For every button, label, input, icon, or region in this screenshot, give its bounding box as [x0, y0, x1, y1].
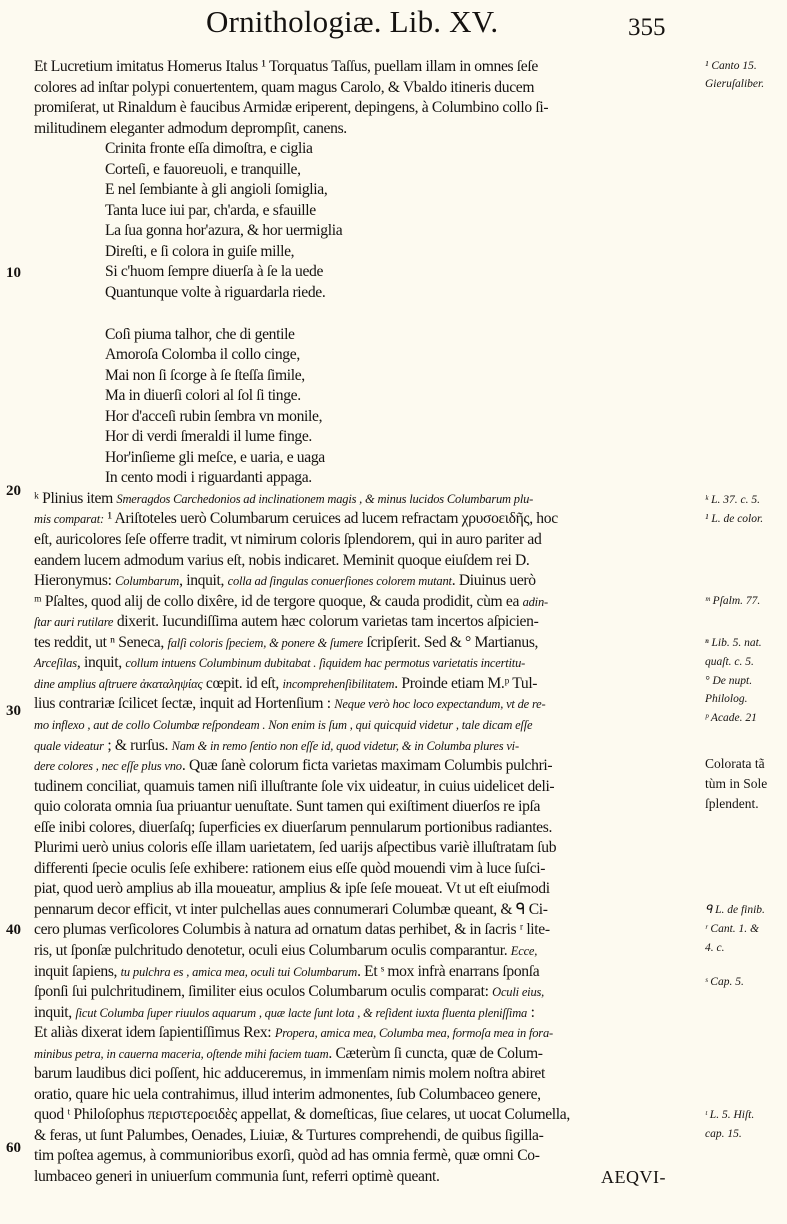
text-line: eſſe inibi colores, diuerſaſq; ſuperfici… [34, 818, 694, 839]
text-line: eandem lucem admodum varius eſt, nobis i… [34, 551, 694, 572]
roman-text: lius contrariæ ſcilicet ſectæ, inquit ad… [34, 695, 334, 712]
verse-line: Quantunque volte à riguardarla riede. [34, 283, 694, 304]
roman-text: dixerit. Iucundiſſima autem hæc colorum … [113, 613, 538, 630]
roman-text: tudinem conciliat, quamuis tamen niſi il… [34, 778, 554, 795]
roman-text: . Et ˢ mox infrà enarrans ſponſa [357, 963, 539, 980]
italic-quotation: falſi coloris ſpeciem, & ponere & ſumere [167, 636, 363, 650]
italic-quotation: colla ad ſingulas conuerſiones colorem m… [228, 574, 452, 588]
margin-note: ° De nupt. [705, 674, 752, 688]
italic-quotation: collum intuens Columbinum dubitabat . ſi… [125, 656, 525, 670]
margin-note: Colorata tã [705, 757, 765, 771]
roman-text: & feras, ut ſunt Palumbes, Oenades, Liui… [34, 1127, 543, 1144]
verse-line: Si c'huom ſempre diuerſa à ſe la uede [34, 262, 694, 283]
roman-text: cœpit. id eſt, [202, 675, 282, 692]
roman-text: inquit, [34, 1004, 75, 1021]
text-line: ᵏ Plinius item Smeragdos Carchedonios ad… [34, 489, 694, 510]
roman-text: ſcripſerit. Sed & ° Martianus, [363, 634, 538, 651]
margin-note: ⁿ Lib. 5. nat. [705, 636, 762, 650]
margin-note: ᵖ Acade. 21 [705, 711, 757, 725]
margin-note: Philolog. [705, 692, 748, 706]
text-line: Plurimi uerò unius coloris eſſe illam ua… [34, 838, 694, 859]
text-line: inquit, ſicut Columba ſuper riuulos aqua… [34, 1003, 694, 1024]
margin-note: quaſt. c. 5. [705, 655, 754, 669]
text-line: Et aliàs dixerat idem ſapientiſſimus Rex… [34, 1023, 694, 1044]
verse-line: E nel ſembiante à gli angioli ſomiglia, [34, 180, 694, 201]
italic-quotation: Nam & in remo ſentio non eſſe id, quod v… [172, 739, 519, 753]
roman-text: ris, ut ſponſæ pulchritudo denotetur, oc… [34, 942, 511, 959]
italic-quotation: mis comparat: [34, 512, 104, 526]
margin-note: ᵏ L. 37. c. 5. [705, 493, 760, 507]
text-line: promiſerat, ut Rinaldum è faucibus Armid… [34, 98, 694, 119]
italic-quotation: tu pulchra es , amica mea, oculi tui Col… [121, 965, 357, 979]
verse-stanza-1: Crinita fronte eſſa dimoſtra, e ciglia C… [34, 139, 694, 303]
text-line: ris, ut ſponſæ pulchritudo denotetur, oc… [34, 941, 694, 962]
roman-text: eſt, auricolores ſeſe offerre tradit, vt… [34, 531, 541, 548]
line-number: 40 [6, 922, 21, 939]
roman-text: cero plumas verſicolores Columbis à natu… [34, 921, 550, 938]
verse-stanza-2: Coſì piuma talhor, che di gentile Amoroſ… [34, 325, 694, 489]
text-line: inquit ſapiens, tu pulchra es , amica me… [34, 962, 694, 983]
catchword: AEQVI- [601, 1167, 666, 1188]
verse-line: Hor'inſieme gli meſce, e uaria, e uaga [34, 448, 694, 469]
text-line: quio colorata omnia ſua priuantur uenuſt… [34, 797, 694, 818]
italic-quotation: dine amplius aſtruere ἀκαταληψίας [34, 677, 202, 691]
margin-note: ᵗ L. 5. Hiſt. [705, 1108, 754, 1122]
text-line: piat, quod uerò amplius ab illa moueatur… [34, 879, 694, 900]
italic-quotation: Oculi eius, [492, 985, 544, 999]
roman-text: piat, quod uerò amplius ab illa moueatur… [34, 880, 550, 897]
roman-text: Et aliàs dixerat idem ſapientiſſimus Rex… [34, 1024, 275, 1041]
italic-quotation: incomprehenſibilitatem [283, 677, 395, 691]
italic-quotation: Smeragdos Carchedonios ad inclinationem … [116, 492, 533, 506]
roman-text: . Proinde etiam M.ᵖ Tul- [394, 675, 537, 692]
text-line: lius contrariæ ſcilicet ſectæ, inquit ad… [34, 694, 694, 715]
page-number: 355 [628, 14, 666, 42]
roman-text: ᵐ Pſaltes, quod alij de collo dixêre, id… [34, 593, 523, 610]
roman-text: pennarum decor efficit, vt inter pulchel… [34, 901, 548, 918]
italic-quotation: Neque verò hoc loco expectandum, vt de r… [334, 697, 545, 711]
roman-text: ſponſi ſui pulchritudinem, ſimiliter eiu… [34, 983, 492, 1000]
margin-note: ᵐ Pſalm. 77. [705, 594, 760, 608]
italic-quotation: Ecce, [511, 944, 537, 958]
line-number: 20 [6, 483, 21, 500]
italic-quotation: adin- [523, 595, 548, 609]
italic-quotation: dere colores , nec eſſe plus vno [34, 759, 182, 773]
roman-text: , inquit, [179, 572, 227, 589]
text-line: dere colores , nec eſſe plus vno. Quæ ſa… [34, 756, 694, 777]
roman-text: lumbaceo generi in uniuerſum communia ſu… [34, 1168, 440, 1185]
roman-text: oratio, quare hic uela contrahimus, illu… [34, 1086, 541, 1103]
roman-text: Hieronymus: [34, 572, 115, 589]
verse-line: Crinita fronte eſſa dimoſtra, e ciglia [34, 139, 694, 160]
italic-quotation: Arceſilas [34, 656, 77, 670]
text-line: quale videatur ; & rurſus. Nam & in remo… [34, 736, 694, 757]
italic-quotation: mo inflexo , aut de collo Columbæ reſpon… [34, 718, 532, 732]
margin-note: ſplendent. [705, 797, 759, 811]
text-line: tudinem conciliat, quamuis tamen niſi il… [34, 777, 694, 798]
text-line: Et Lucretium imitatus Homerus Italus ¹ T… [34, 57, 694, 78]
margin-note: ᑫ L. de finib. [705, 903, 765, 917]
roman-text: tim poſtea agemus, à communioribus exorſ… [34, 1147, 540, 1164]
text-line: ᵐ Pſaltes, quod alij de collo dixêre, id… [34, 592, 694, 613]
margin-note: cap. 15. [705, 1127, 742, 1141]
margin-note: ʳ Cant. 1. & [705, 922, 759, 936]
italic-quotation: quale videatur [34, 739, 104, 753]
main-text-block: Et Lucretium imitatus Homerus Italus ¹ T… [34, 57, 694, 1188]
verse-line: La ſua gonna hor'azura, & hor uermiglia [34, 221, 694, 242]
roman-text: : [527, 1004, 535, 1021]
roman-text: eandem lucem admodum varius eſt, nobis i… [34, 552, 529, 569]
roman-text: ¹ Ariſtoteles uerò Columbarum ceruices a… [104, 510, 558, 527]
roman-text: Plurimi uerò unius coloris eſſe illam ua… [34, 839, 556, 856]
italic-quotation: minibus petra, in cauerna maceria, oſten… [34, 1047, 328, 1061]
roman-text: , inquit, [77, 654, 125, 671]
roman-text: quod ᵗ Philoſophus περιστεροειδὲς appell… [34, 1106, 570, 1123]
margin-note: ¹ Canto 15. [705, 59, 757, 73]
verse-line: Tanta luce iui par, ch'arda, e sfauille [34, 201, 694, 222]
line-number: 10 [6, 265, 21, 282]
margin-note: ¹ L. de color. [705, 512, 763, 526]
roman-text: . Quæ ſanè colorum ficta varietas maxima… [182, 757, 552, 774]
margin-note: Gieruſaliber. [705, 77, 764, 91]
verse-line: Corteſi, e fauoreuoli, e tranquille, [34, 160, 694, 181]
text-line: oratio, quare hic uela contrahimus, illu… [34, 1085, 694, 1106]
text-line: pennarum decor efficit, vt inter pulchel… [34, 900, 694, 921]
roman-text: . Cæterùm ſi cuncta, quæ de Colum- [328, 1045, 542, 1062]
text-line: minibus petra, in cauerna maceria, oſten… [34, 1044, 694, 1065]
text-line: lumbaceo generi in uniuerſum communia ſu… [34, 1167, 694, 1188]
roman-text: inquit ſapiens, [34, 963, 121, 980]
text-line: militudinem eleganter admodum deprompſit… [34, 119, 694, 140]
text-line: quod ᵗ Philoſophus περιστεροειδὲς appell… [34, 1105, 694, 1126]
verse-line: Hor di verdi ſmeraldi il lume finge. [34, 427, 694, 448]
verse-line: In cento modi i riguardanti appaga. [34, 468, 694, 489]
line-number: 60 [6, 1140, 21, 1157]
text-line: eſt, auricolores ſeſe offerre tradit, vt… [34, 530, 694, 551]
text-line: cero plumas verſicolores Columbis à natu… [34, 920, 694, 941]
text-line: tim poſtea agemus, à communioribus exorſ… [34, 1146, 694, 1167]
text-line: mis comparat: ¹ Ariſtoteles uerò Columba… [34, 509, 694, 530]
verse-line: Ma in diuerſi colori al ſol ſi tinge. [34, 386, 694, 407]
italic-quotation: ſicut Columba ſuper riuulos aquarum , qu… [75, 1006, 527, 1020]
roman-text: ; & rurſus. [104, 737, 172, 754]
text-line: dine amplius aſtruere ἀκαταληψίας cœpit.… [34, 674, 694, 695]
running-head: Ornithologiæ. Lib. XV. [206, 4, 498, 40]
margin-note: ˢ Cap. 5. [705, 975, 744, 989]
text-line: mo inflexo , aut de collo Columbæ reſpon… [34, 715, 694, 736]
line-number: 30 [6, 703, 21, 720]
roman-text: eſſe inibi colores, diuerſaſq; ſuperfici… [34, 819, 552, 836]
text-line: Hieronymus: Columbarum, inquit, colla ad… [34, 571, 694, 592]
italic-quotation: Columbarum [115, 574, 179, 588]
verse-line: Hor d'acceſi rubin ſembra vn monile, [34, 407, 694, 428]
roman-text: barum laudibus dici poſſent, hic adducer… [34, 1065, 545, 1082]
text-line: & feras, ut ſunt Palumbes, Oenades, Liui… [34, 1126, 694, 1147]
text-line: tes reddit, ut ⁿ Seneca, falſi coloris ſ… [34, 633, 694, 654]
prose-paragraph: ᵏ Plinius item Smeragdos Carchedonios ad… [34, 489, 694, 1188]
text-line: Arceſilas, inquit, collum intuens Columb… [34, 653, 694, 674]
roman-text: . Diuinus uerò [452, 572, 536, 589]
intro-paragraph: Et Lucretium imitatus Homerus Italus ¹ T… [34, 57, 694, 139]
italic-quotation: ſtar auri rutilare [34, 615, 113, 629]
text-line: ſponſi ſui pulchritudinem, ſimiliter eiu… [34, 982, 694, 1003]
text-line: colores ad inſtar polypi conuertentem, q… [34, 78, 694, 99]
verse-line: Direſti, e ſi colora in guiſe mille, [34, 242, 694, 263]
italic-quotation: Propera, amica mea, Columba mea, formoſa… [275, 1026, 553, 1040]
verse-line: Amoroſa Colomba il collo cinge, [34, 345, 694, 366]
text-line: barum laudibus dici poſſent, hic adducer… [34, 1064, 694, 1085]
roman-text: tes reddit, ut ⁿ Seneca, [34, 634, 167, 651]
margin-note: 4. c. [705, 941, 724, 955]
roman-text: differenti ſpecie oculis ſeſe exhibere: … [34, 860, 545, 877]
margin-note: tùm in Sole [705, 777, 767, 791]
verse-line: Coſì piuma talhor, che di gentile [34, 325, 694, 346]
roman-text: quio colorata omnia ſua priuantur uenuſt… [34, 798, 540, 815]
stanza-gap [34, 304, 694, 325]
roman-text: ᵏ Plinius item [34, 490, 116, 507]
verse-line: Mai non ſi ſcorge à ſe ſteſſa ſimile, [34, 366, 694, 387]
book-page: Ornithologiæ. Lib. XV. 355 Et Lucretium … [0, 0, 787, 1224]
text-line: differenti ſpecie oculis ſeſe exhibere: … [34, 859, 694, 880]
text-line: ſtar auri rutilare dixerit. Iucundiſſima… [34, 612, 694, 633]
